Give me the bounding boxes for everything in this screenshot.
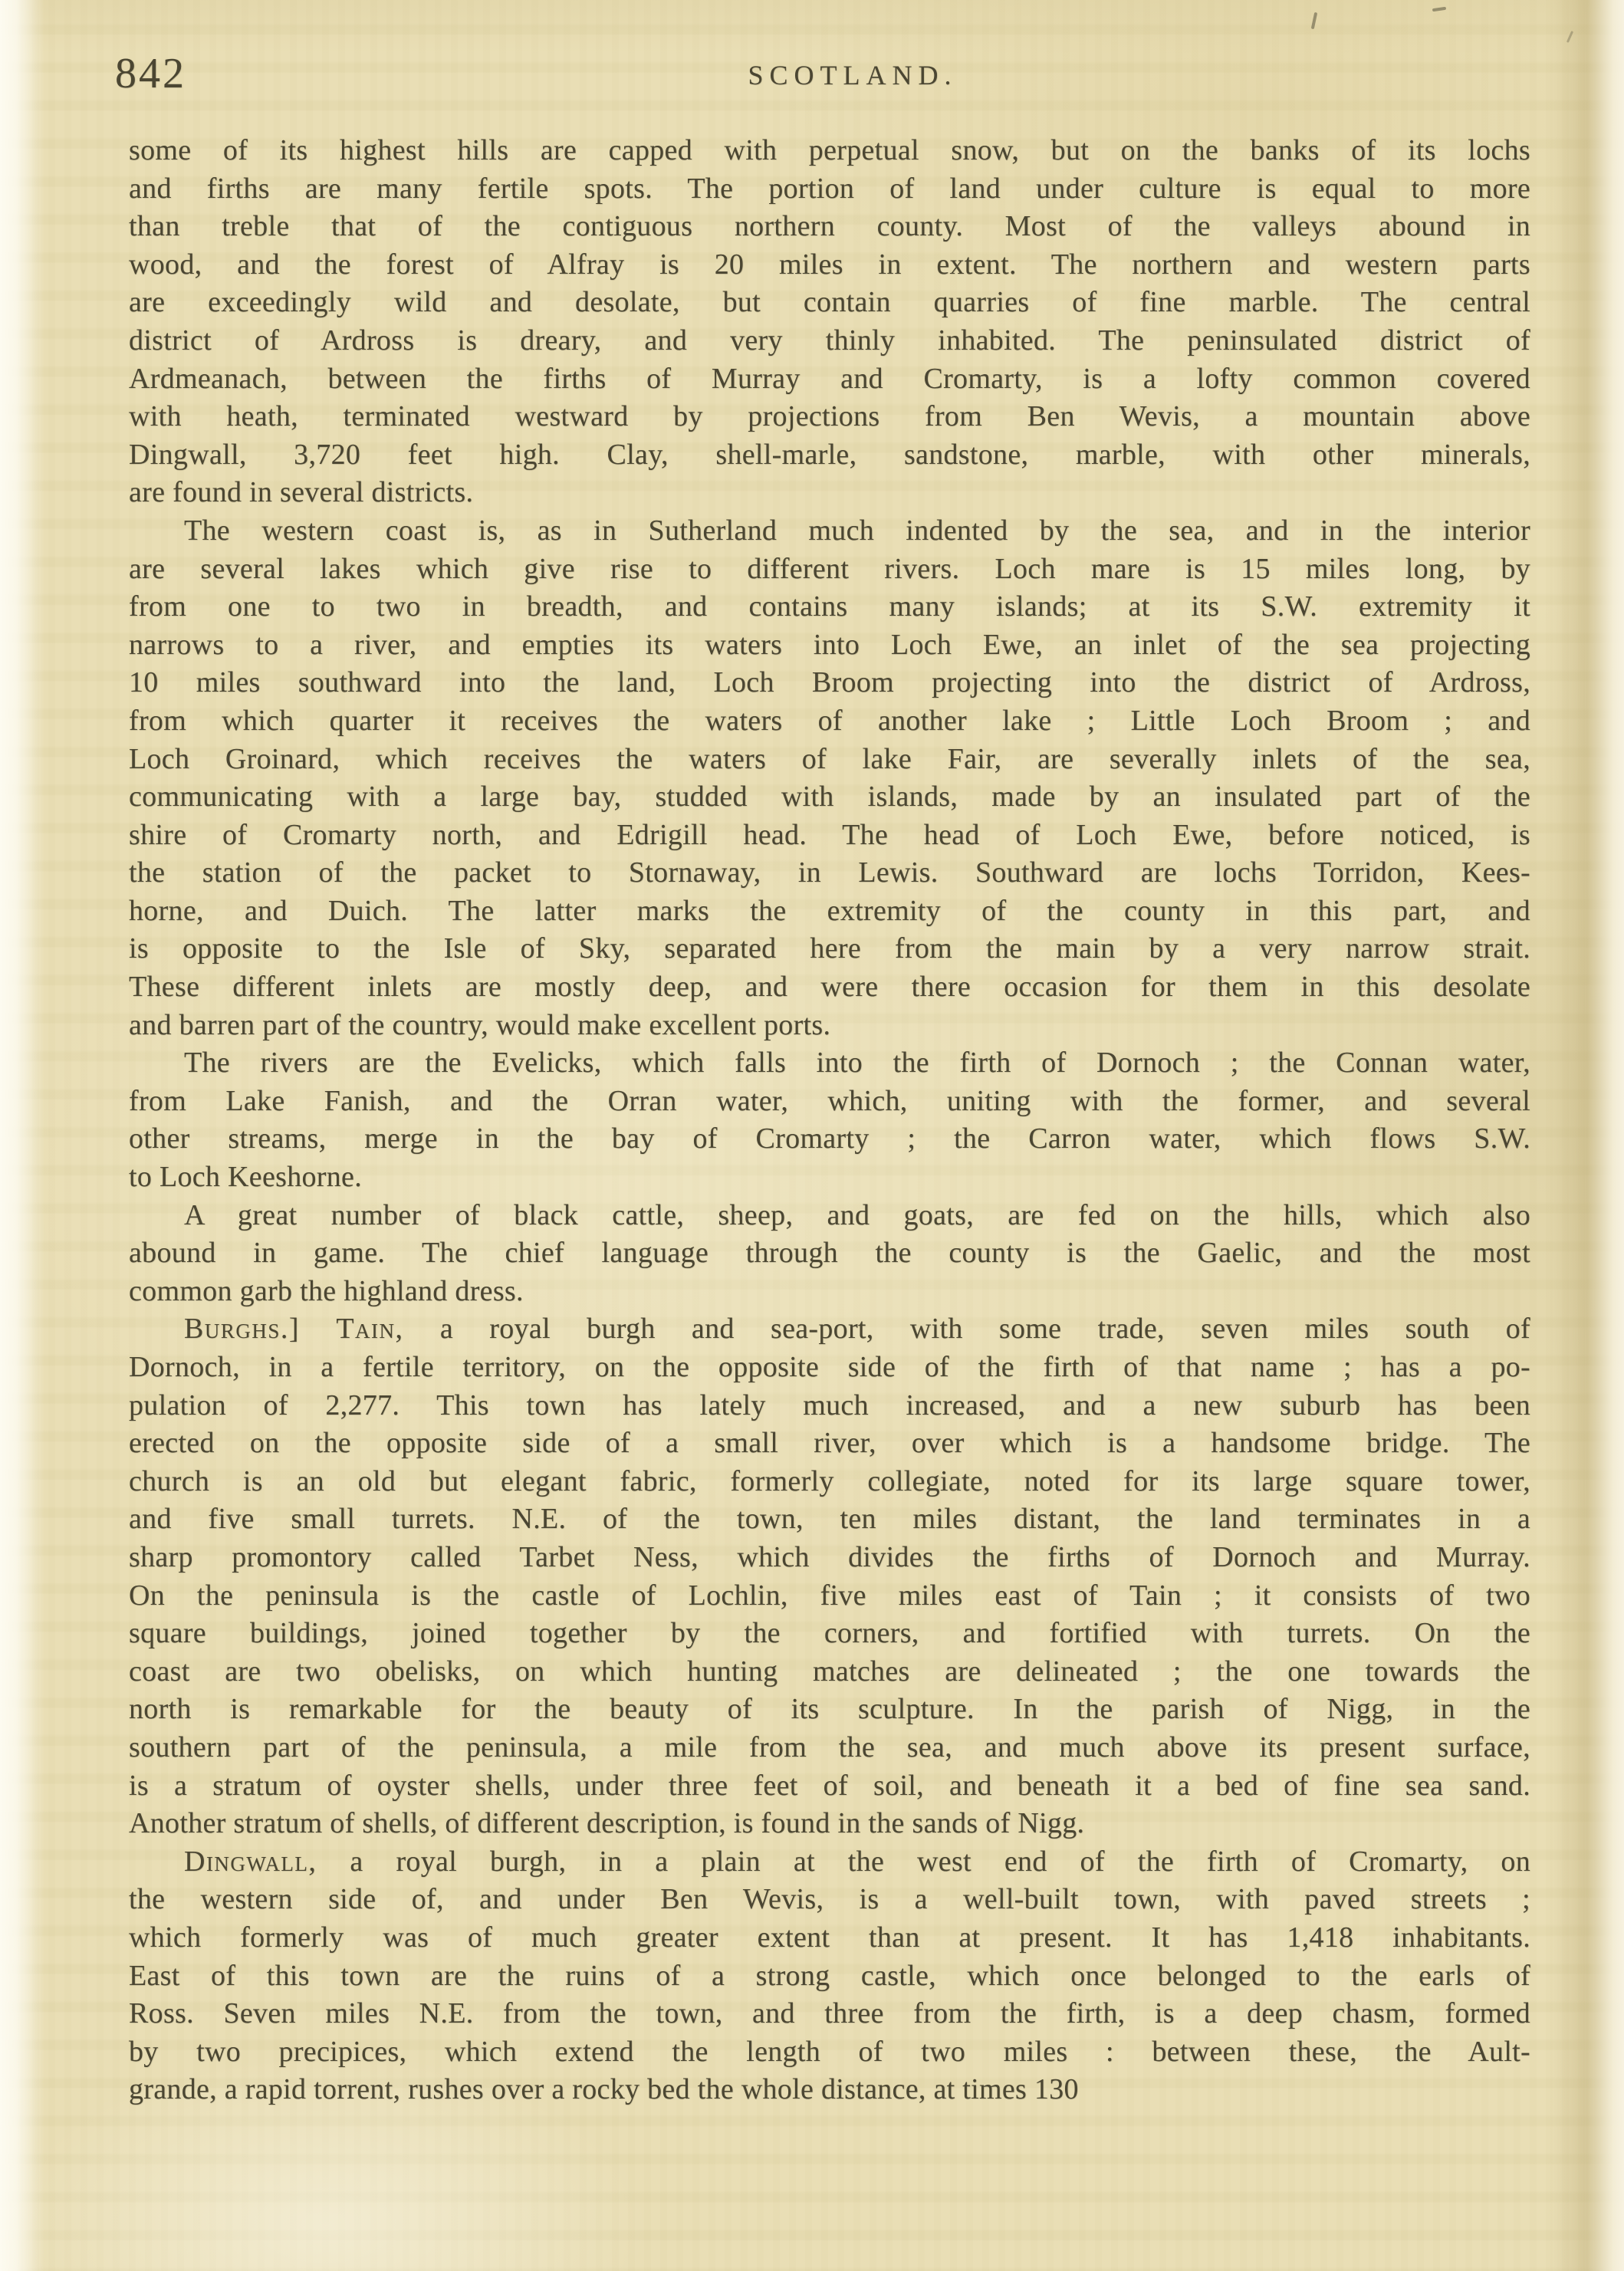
text-line: Dingwall, 3,720 feet high. Clay, shell-m… xyxy=(129,436,1530,475)
text-line: church is an old but elegant fabric, for… xyxy=(129,1463,1530,1501)
text-line: some of its highest hills are capped wit… xyxy=(129,132,1530,170)
text-line: than treble that of the contiguous north… xyxy=(129,208,1530,246)
text-line: from one to two in breadth, and contains… xyxy=(129,588,1530,626)
text-line: district of Ardross is dreary, and very … xyxy=(129,322,1530,360)
scanned-book-page: 842 SCOTLAND. some of its highest hills … xyxy=(0,0,1624,2271)
text-line: Ardmeanach, between the firths of Murray… xyxy=(129,360,1530,399)
running-title: SCOTLAND. xyxy=(152,61,1553,89)
text-line: On the peninsula is the castle of Lochli… xyxy=(129,1577,1530,1615)
text-line: the station of the packet to Stornaway, … xyxy=(129,854,1530,892)
text-line: common garb the highland dress. xyxy=(129,1273,1530,1311)
text-line: and barren part of the country, would ma… xyxy=(129,1007,1530,1045)
text-line: Ross. Seven miles N.E. from the town, an… xyxy=(129,1995,1530,2033)
text-line: by two precipices, which extend the leng… xyxy=(129,2033,1530,2072)
text-line: Burghs.] Tain, a royal burgh and sea-por… xyxy=(129,1310,1530,1349)
text-line: Loch Groinard, which receives the waters… xyxy=(129,741,1530,779)
text-line: from which quarter it receives the water… xyxy=(129,702,1530,741)
text-line: southern part of the peninsula, a mile f… xyxy=(129,1729,1530,1767)
text-line: to Loch Keeshorne. xyxy=(129,1159,1530,1197)
text-line: wood, and the forest of Alfray is 20 mil… xyxy=(129,246,1530,284)
text-line: is a stratum of oyster shells, under thr… xyxy=(129,1767,1530,1806)
text-line: 10 miles southward into the land, Loch B… xyxy=(129,664,1530,702)
scan-speck xyxy=(1566,31,1573,43)
text-line: communicating with a large bay, studded … xyxy=(129,778,1530,817)
text-line: narrows to a river, and empties its wate… xyxy=(129,626,1530,665)
text-line: are several lakes which give rise to dif… xyxy=(129,550,1530,589)
text-block: some of its highest hills are capped wit… xyxy=(129,132,1530,2109)
text-line: East of this town are the ruins of a str… xyxy=(129,1957,1530,1996)
text-line: is opposite to the Isle of Sky, separate… xyxy=(129,930,1530,968)
text-line: These different inlets are mostly deep, … xyxy=(129,968,1530,1007)
text-line: with heath, terminated westward by proje… xyxy=(129,398,1530,436)
text-line: the western side of, and under Ben Wevis… xyxy=(129,1881,1530,1919)
text-line: shire of Cromarty north, and Edrigill he… xyxy=(129,817,1530,855)
text-line: which formerly was of much greater exten… xyxy=(129,1919,1530,1957)
text-line: north is remarkable for the beauty of it… xyxy=(129,1691,1530,1729)
text-line: Dornoch, in a fertile territory, on the … xyxy=(129,1349,1530,1387)
text-line: Dingwall, a royal burgh, in a plain at t… xyxy=(129,1843,1530,1882)
text-line: horne, and Duich. The latter marks the e… xyxy=(129,892,1530,931)
text-line: sharp promontory called Tarbet Ness, whi… xyxy=(129,1539,1530,1577)
text-line: and firths are many fertile spots. The p… xyxy=(129,170,1530,209)
text-line: coast are two obelisks, on which hunting… xyxy=(129,1653,1530,1691)
text-line: and five small turrets. N.E. of the town… xyxy=(129,1500,1530,1539)
scan-speck xyxy=(1432,7,1446,12)
text-line: from Lake Fanish, and the Orran water, w… xyxy=(129,1083,1530,1121)
text-line: are exceedingly wild and desolate, but c… xyxy=(129,284,1530,322)
text-line: abound in game. The chief language throu… xyxy=(129,1234,1530,1273)
text-line: The western coast is, as in Sutherland m… xyxy=(129,512,1530,550)
text-line: grande, a rapid torrent, rushes over a r… xyxy=(129,2071,1530,2109)
text-line: erected on the opposite side of a small … xyxy=(129,1425,1530,1463)
text-line: square buildings, joined together by the… xyxy=(129,1615,1530,1653)
scan-speck xyxy=(1311,12,1317,29)
text-line: A great number of black cattle, sheep, a… xyxy=(129,1197,1530,1235)
text-line: Another stratum of shells, of different … xyxy=(129,1805,1530,1843)
text-line: are found in several districts. xyxy=(129,474,1530,512)
text-line: pulation of 2,277. This town has lately … xyxy=(129,1387,1530,1425)
text-line: other streams, merge in the bay of Croma… xyxy=(129,1120,1530,1159)
text-line: The rivers are the Evelicks, which falls… xyxy=(129,1044,1530,1083)
